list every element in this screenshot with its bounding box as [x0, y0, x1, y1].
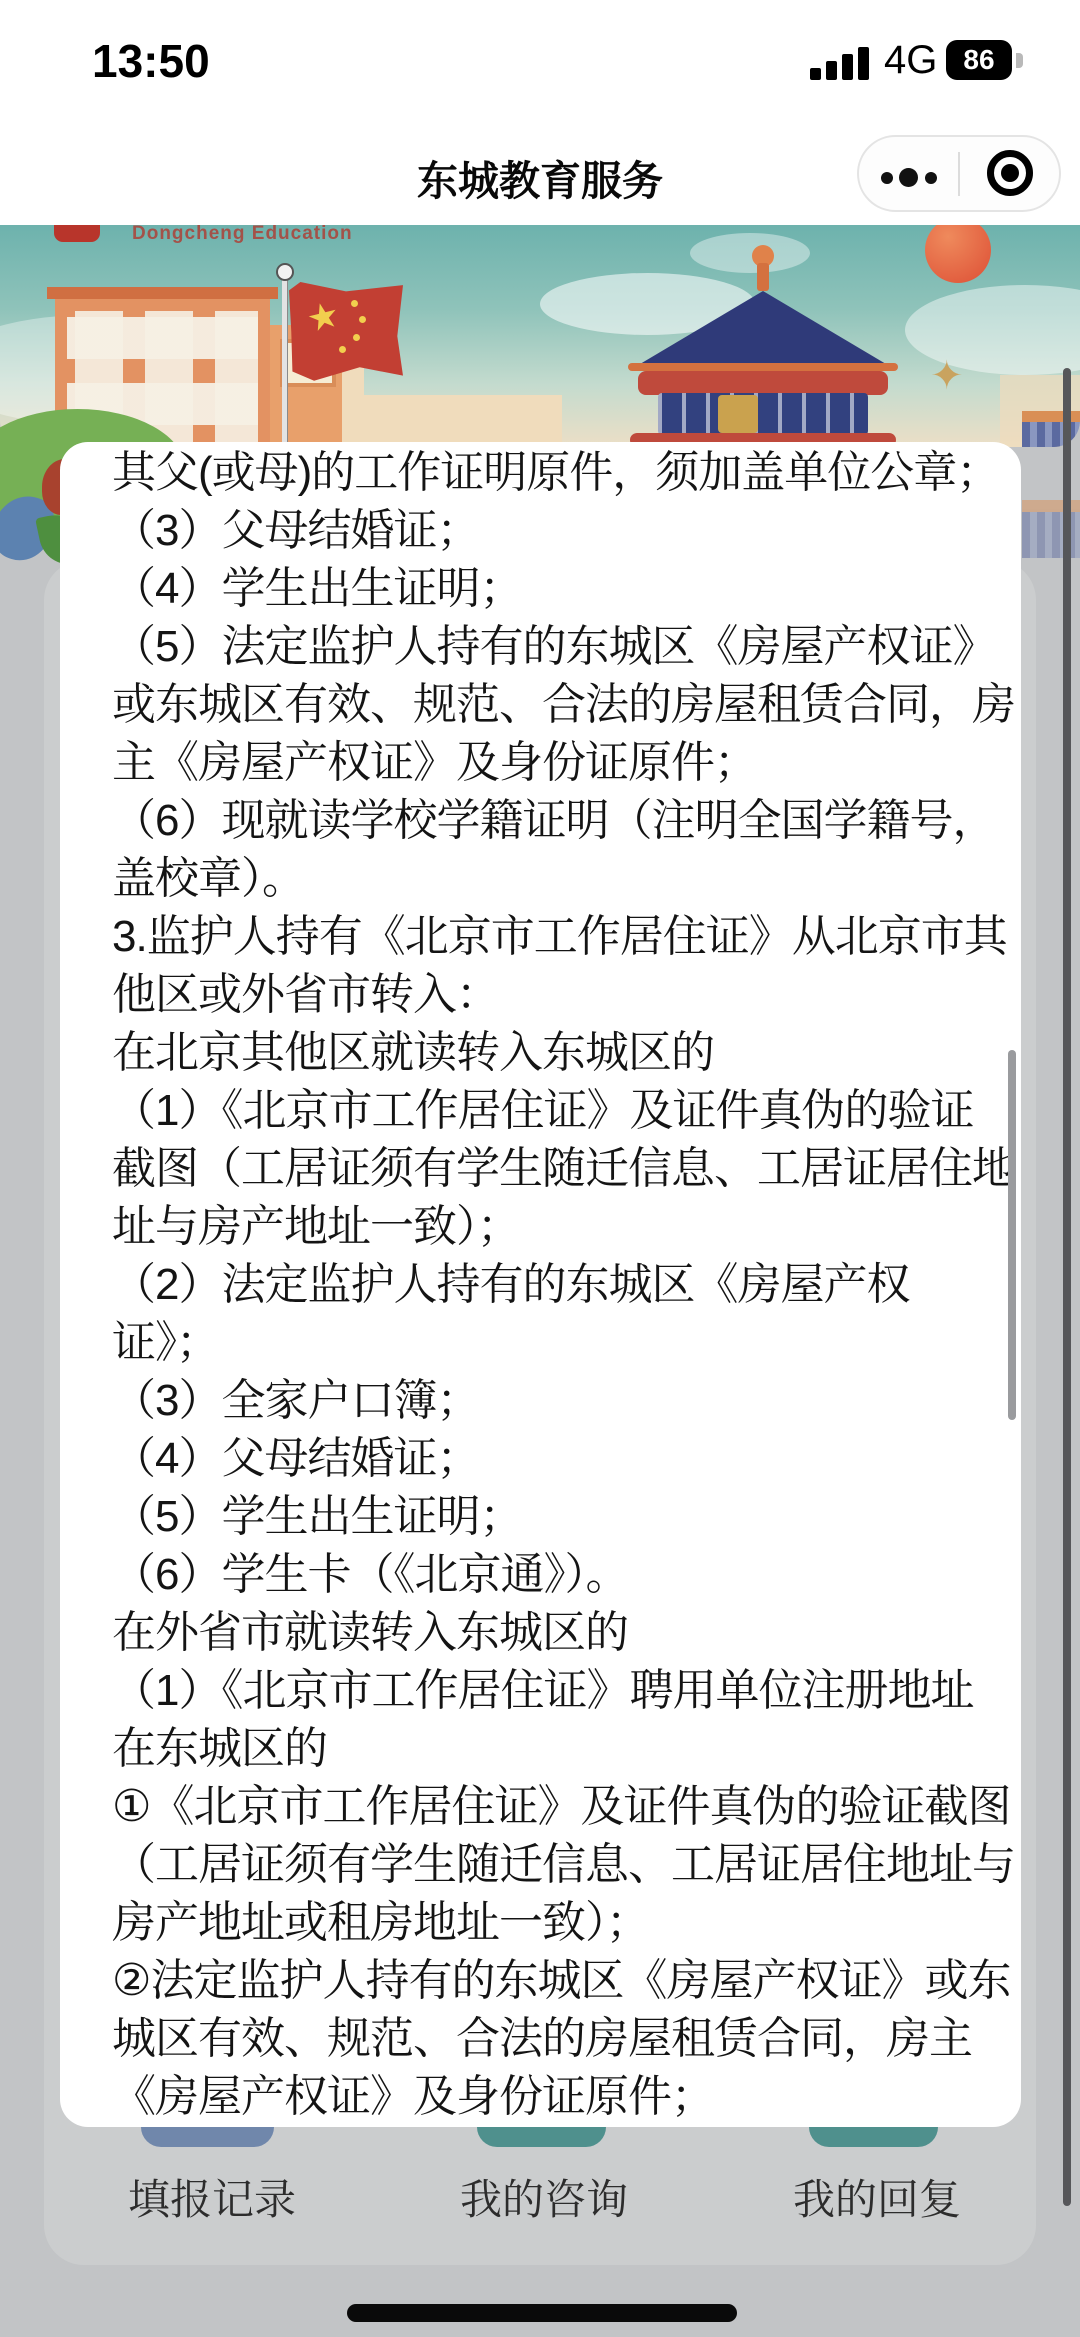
flag-star-icon: ★ — [302, 293, 343, 342]
card-scrollbar[interactable] — [1008, 1050, 1016, 1420]
banner-logo-text: Dongcheng Education — [132, 225, 353, 245]
notice-line: （6）学生卡（《北京通》）。 — [112, 1546, 992, 1604]
building-silhouette — [352, 395, 562, 447]
temple-roof-edge — [628, 363, 898, 371]
phone-screen: 13:50 4G 86 东城教育服务 ✦ — [0, 0, 1080, 2337]
temple-of-heaven-icon — [630, 245, 930, 447]
notice-line: 或东城区有效、规范、合法的房屋租赁合同，房 — [112, 676, 992, 734]
notice-line: 《房屋产权证》及身份证原件； — [112, 2068, 992, 2126]
notice-line: 他区或外省市转入： — [112, 966, 992, 1024]
notice-line: 其父(或母)的工作证明原件，须加盖单位公章； — [112, 444, 992, 502]
notice-line: （4）学生出生证明； — [112, 560, 992, 618]
temple-blue-drum — [658, 393, 868, 435]
flag-pole — [282, 271, 287, 447]
sun-icon — [925, 225, 991, 283]
notice-line: （6）现就读学校学籍证明（注明全国学籍号， — [112, 792, 992, 850]
notice-line: ①《北京市工作居住证》及证件真伪的验证截图 — [112, 1778, 992, 1836]
tab-item-1[interactable]: 填报记录 — [128, 2167, 296, 2227]
gate-columns — [1022, 411, 1080, 447]
dimmed-gate-columns — [1022, 500, 1080, 558]
building-roof — [47, 287, 278, 299]
notice-line: （5）法定监护人持有的东城区《房屋产权证》 — [112, 618, 992, 676]
tab-item-2[interactable]: 我的咨询 — [460, 2167, 628, 2227]
notice-line: 城区有效、规范、合法的房屋租赁合同，房主 — [112, 2010, 992, 2068]
more-button[interactable] — [859, 137, 957, 210]
gate-beam — [1022, 500, 1080, 512]
notice-line: 证》； — [112, 1314, 992, 1372]
notice-line: （1）《北京市工作居住证》聘用单位注册地址 — [112, 1662, 992, 1720]
temple-roof — [635, 291, 891, 367]
notice-line: 在北京其他区就读转入东城区的 — [112, 1024, 992, 1082]
notice-line: （1）《北京市工作居住证》及证件真伪的验证 — [112, 1082, 992, 1140]
notice-line: ②法定监护人持有的东城区《房屋产权证》或东 — [112, 1952, 992, 2010]
top-bar: 13:50 4G 86 东城教育服务 — [0, 0, 1080, 225]
status-time: 13:50 — [92, 34, 210, 88]
flag-dot — [351, 300, 358, 307]
flag-pole-top — [276, 263, 294, 281]
signal-icon — [810, 42, 872, 80]
notice-line: （3）父母结婚证； — [112, 502, 992, 560]
banner-logo-icon — [54, 225, 100, 242]
notice-line: 3.监护人持有《北京市工作居住证》从北京市其 — [112, 908, 992, 966]
target-icon — [987, 150, 1033, 196]
notice-text: 其父(或母)的工作证明原件，须加盖单位公章；（3）父母结婚证；（4）学生出生证明… — [112, 444, 992, 2126]
gate-beam — [1022, 411, 1080, 422]
battery-nub-icon — [1016, 53, 1023, 68]
network-label: 4G — [884, 38, 937, 83]
home-indicator — [347, 2304, 737, 2322]
flag-dot — [353, 334, 360, 341]
flag-dot — [339, 346, 346, 353]
temple-window — [718, 395, 758, 433]
more-icon — [881, 168, 941, 186]
notice-card[interactable]: 其父(或母)的工作证明原件，须加盖单位公章；（3）父母结婚证；（4）学生出生证明… — [60, 442, 1021, 2127]
page-scrollbar[interactable] — [1063, 368, 1071, 2206]
notice-line: 盖校章）。 — [112, 850, 992, 908]
exit-button[interactable] — [959, 137, 1059, 210]
miniprogram-capsule — [857, 135, 1061, 212]
notice-line: 在外省市就读转入东城区的 — [112, 1604, 992, 1662]
notice-line: 截图（工居证须有学生随迁信息、工居证居住地 — [112, 1140, 992, 1198]
temple-red-band — [638, 371, 888, 395]
notice-line: 房产地址或租房地址一致）； — [112, 1894, 992, 1952]
battery-icon: 86 — [946, 40, 1012, 80]
notice-line: （3）全家户口簿； — [112, 1372, 992, 1430]
notice-line: 在东城区的 — [112, 1720, 992, 1778]
sparkle-icon: ✦ — [930, 353, 964, 399]
tab-item-3[interactable]: 我的回复 — [793, 2167, 961, 2227]
notice-line: （4）父母结婚证； — [112, 1430, 992, 1488]
notice-line: 主《房屋产权证》及身份证原件； — [112, 734, 992, 792]
gate-column-stripes — [1022, 512, 1080, 558]
notice-line: （5）学生出生证明； — [112, 1488, 992, 1546]
notice-line: 址与房产地址一致）； — [112, 1198, 992, 1256]
notice-line: （工居证须有学生随迁信息、工居证居住地址与 — [112, 1836, 992, 1894]
gate-column-stripes — [1022, 422, 1080, 447]
temple-finial-stem — [757, 263, 769, 291]
notice-line: （2）法定监护人持有的东城区《房屋产权 — [112, 1256, 992, 1314]
flag-dot — [359, 316, 366, 323]
china-flag-icon: ★ — [289, 282, 403, 386]
